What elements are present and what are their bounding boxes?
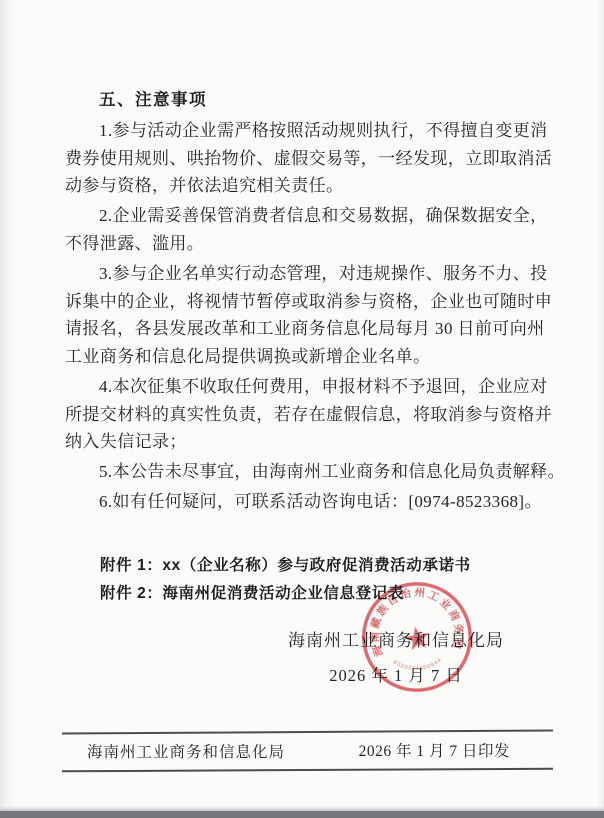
body-line: 所提交材料的真实性负责，若存在虚假信息，将取消参与资格并 xyxy=(65,401,543,429)
attachments-list: 附件 1：xx（企业名称）参与政府促消费活动承诺书 附件 2：海南州促消费活动企… xyxy=(100,552,560,607)
footer-rule-bottom xyxy=(62,768,553,772)
footer-print-note: 2026 年 1 月 7 日印发 xyxy=(359,739,510,761)
body-line: 1.参与活动企业需严格按照活动规则执行，不得擅自变更消 xyxy=(65,117,543,145)
body-line: 3.参与企业名单实行动态管理，对违规操作、服务不力、投 xyxy=(65,260,543,288)
official-seal-stamp: 海南藏族自治州工业商务和信息化局 6320211000844 xyxy=(350,570,484,704)
body-line: 5.本公告未尽事宜，由海南州工业商务和信息化局负责解释。 xyxy=(65,458,543,486)
body-line: 动参与资格，并依法追究相关责任。 xyxy=(65,172,543,200)
body-line: 2.企业需妥善保管消费者信息和交易数据，确保数据安全， xyxy=(65,202,543,230)
section-heading: 五、注意事项 xyxy=(65,87,543,115)
attachment-item: 附件 2：海南州促消费活动企业信息登记表 xyxy=(100,580,560,608)
seal-star-icon xyxy=(403,624,430,651)
body-line: 费券使用规则、哄抬物价、虚假交易等，一经发现，立即取消活 xyxy=(65,145,543,173)
body-line: 诉集中的企业，将视情节暂停或取消参与资格，企业也可随时申 xyxy=(65,288,543,316)
scanned-official-notice-page: { "document": { "section_heading": "五、注意… xyxy=(0,0,604,818)
notice-body: 五、注意事项 1.参与活动企业需严格按照活动规则执行，不得擅自变更消 费券使用规… xyxy=(65,87,543,516)
svg-text:6320211000844: 6320211000844 xyxy=(391,651,444,676)
seal-code: 6320211000844 xyxy=(391,651,444,676)
scan-edge-right xyxy=(597,0,604,818)
body-line: 纳入失信记录； xyxy=(65,428,543,456)
body-line: 不得泄露、滥用。 xyxy=(65,230,543,258)
footer-issuer: 海南州工业商务和信息化局 xyxy=(87,740,285,762)
body-line: 6.如有任何疑问，可联系活动咨询电话：[0974-8523368]。 xyxy=(65,488,543,516)
body-line: 4.本次征集不收取任何费用，申报材料不予退回，企业应对 xyxy=(65,373,543,401)
footer-rule-top xyxy=(62,730,553,735)
scan-edge-bottom xyxy=(0,811,604,818)
attachment-item: 附件 1：xx（企业名称）参与政府促消费活动承诺书 xyxy=(100,552,560,580)
body-line: 请报名，各县发展改革和工业商务信息化局每月 30 日前可向州 xyxy=(65,315,543,343)
scan-edge-left xyxy=(0,0,16,818)
body-line: 工业商务和信息化局提供调换或新增企业名单。 xyxy=(65,343,543,371)
